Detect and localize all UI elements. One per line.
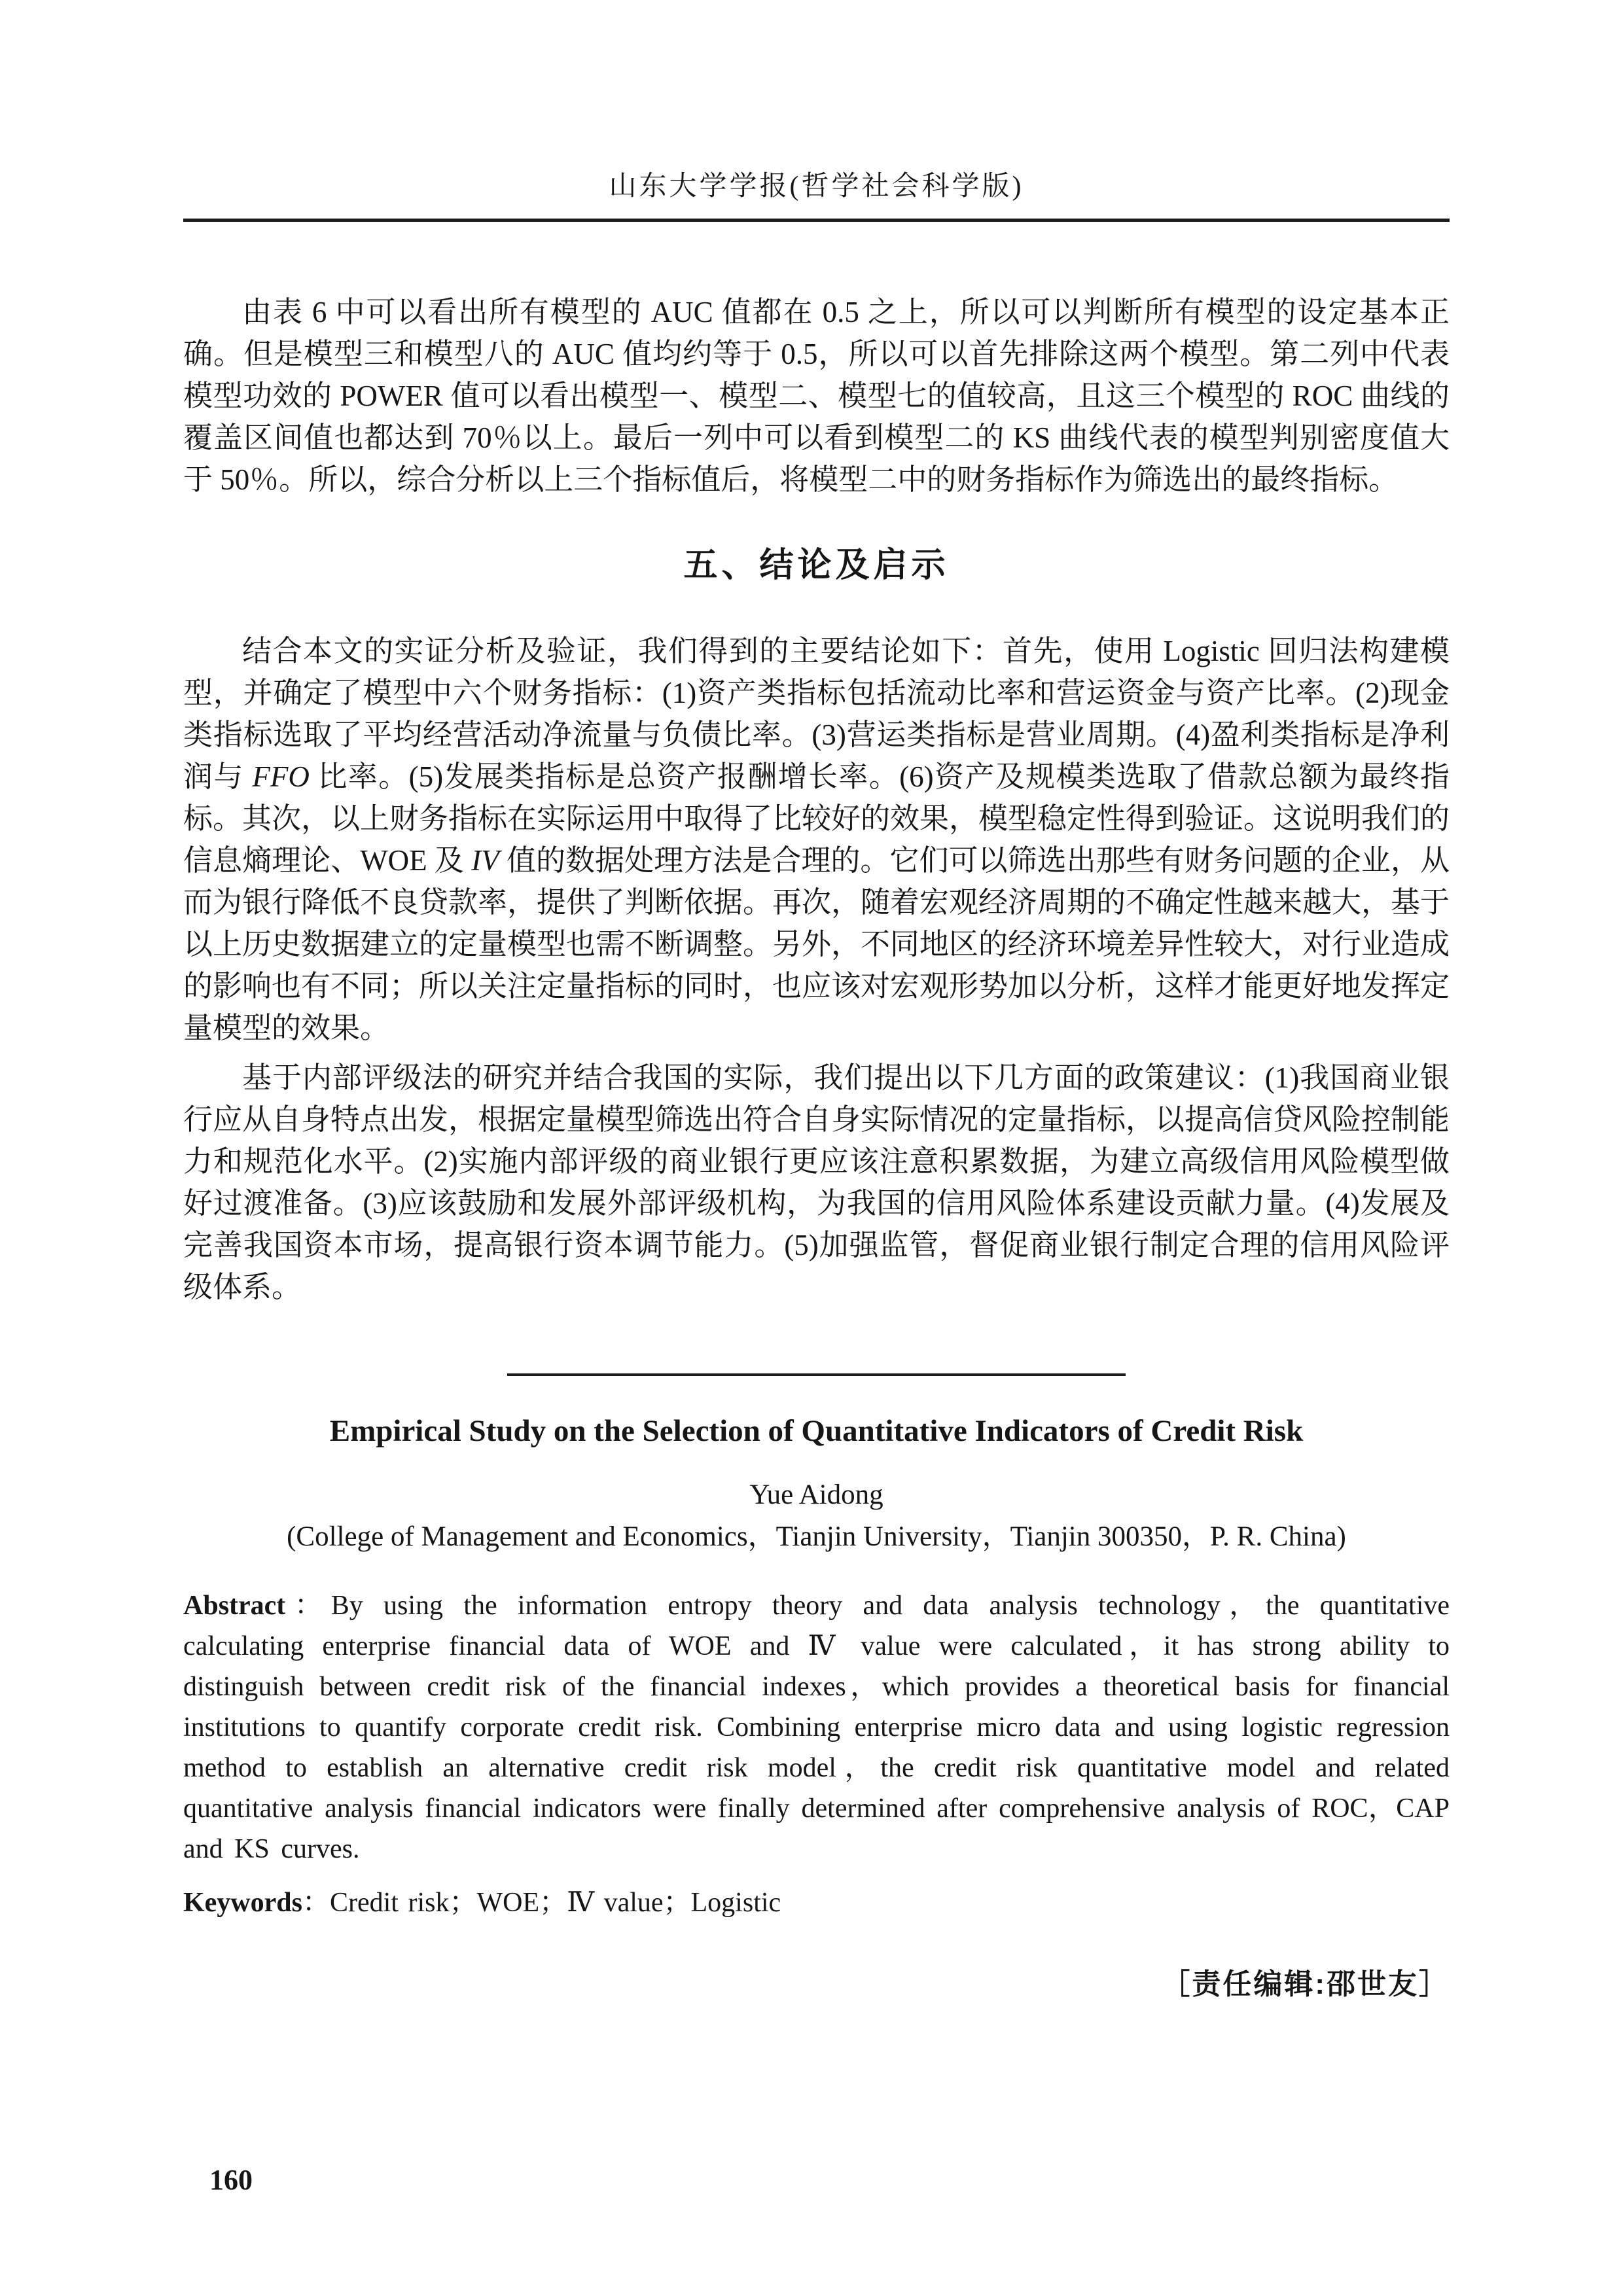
- header-rule: [183, 219, 1450, 222]
- paragraph-conclusions: 结合本文的实证分析及验证，我们得到的主要结论如下：首先，使用 Logistic …: [183, 630, 1450, 1049]
- editor-note: ［责任编辑:邵世友］: [183, 1966, 1450, 2003]
- english-title: Empirical Study on the Selection of Quan…: [183, 1410, 1450, 1452]
- author-affiliation: (College of Management and Economics，Tia…: [183, 1519, 1450, 1555]
- paragraph-auc-analysis: 由表 6 中可以看出所有模型的 AUC 值都在 0.5 之上，所以可以判断所有模…: [183, 291, 1450, 501]
- section-heading-conclusions: 五、结论及启示: [183, 546, 1450, 586]
- abstract-paragraph: Abstract：By using the information entrop…: [183, 1585, 1450, 1869]
- journal-page: 山东大学学报(哲学社会科学版) 由表 6 中可以看出所有模型的 AUC 值都在 …: [0, 0, 1623, 2296]
- section-divider: [507, 1373, 1126, 1376]
- author-name: Yue Aidong: [183, 1477, 1450, 1513]
- paragraph-policy-recommendations: 基于内部评级法的研究并结合我国的实际，我们提出以下几方面的政策建议：(1)我国商…: [183, 1057, 1450, 1308]
- journal-title: 山东大学学报(哲学社会科学版): [183, 171, 1450, 202]
- keywords-line: Keywords：Credit risk；WOE；Ⅳ value；Logisti…: [183, 1882, 1450, 1923]
- page-number: 160: [209, 2164, 1450, 2197]
